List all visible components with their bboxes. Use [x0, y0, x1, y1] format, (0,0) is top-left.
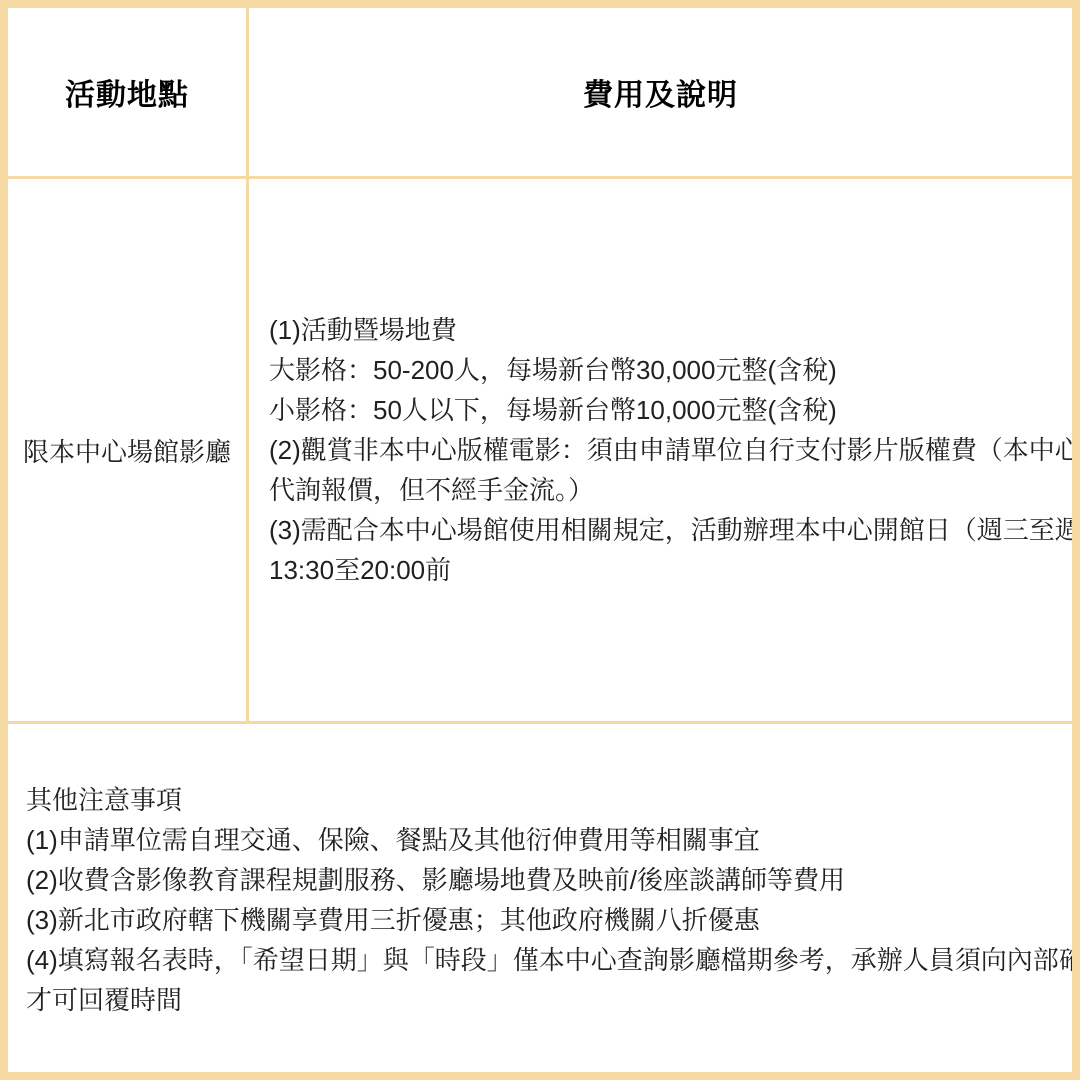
location-value: 限本中心場館影廳 [23, 432, 231, 469]
fee-table: 活動地點 費用及說明 限本中心場館影廳 (1)活動暨場地費 大影格：50-200… [0, 0, 1080, 1080]
note-line: (1)申請單位需自理交通、保險、餐點及其他衍伸費用等相關事宜 [26, 820, 1048, 860]
note-line: (4)填寫報名表時，「希望日期」與「時段」僅本中心查詢影廳檔期參考，承辦人員須向… [26, 940, 1048, 980]
fee-header-label: 費用及說明 [583, 70, 738, 114]
fee-line: 代詢報價，但不經手金流。） [269, 470, 1050, 510]
fee-line: (3)需配合本中心場館使用相關規定，活動辦理本中心開館日（週三至週日） [269, 510, 1050, 550]
header-cell-location: 活動地點 [8, 8, 246, 176]
fee-line: (1)活動暨場地費 [269, 310, 1050, 350]
note-line: (3)新北市政府轄下機關享費用三折優惠；其他政府機關八折優惠 [26, 900, 1048, 940]
fee-line: 13:30至20:00前 [269, 550, 1050, 590]
fee-line: 大影格：50-200人，每場新台幣30,000元整(含稅) [269, 350, 1050, 390]
fee-line: 小影格：50人以下，每場新台幣10,000元整(含稅) [269, 390, 1050, 430]
location-header-label: 活動地點 [65, 70, 189, 114]
header-cell-fee: 費用及說明 [249, 8, 1072, 176]
notes-title: 其他注意事項 [26, 780, 1048, 820]
fee-line: (2)觀賞非本中心版權電影：須由申請單位自行支付影片版權費（本中心可 [269, 430, 1050, 470]
notes-section: 其他注意事項 (1)申請單位需自理交通、保險、餐點及其他衍伸費用等相關事宜 (2… [8, 724, 1072, 1072]
note-line: 才可回覆時間 [26, 980, 1048, 1020]
fee-description-cell: (1)活動暨場地費 大影格：50-200人，每場新台幣30,000元整(含稅) … [249, 179, 1072, 721]
location-value-cell: 限本中心場館影廳 [8, 179, 246, 721]
note-line: (2)收費含影像教育課程規劃服務、影廳場地費及映前/後座談講師等費用 [26, 860, 1048, 900]
